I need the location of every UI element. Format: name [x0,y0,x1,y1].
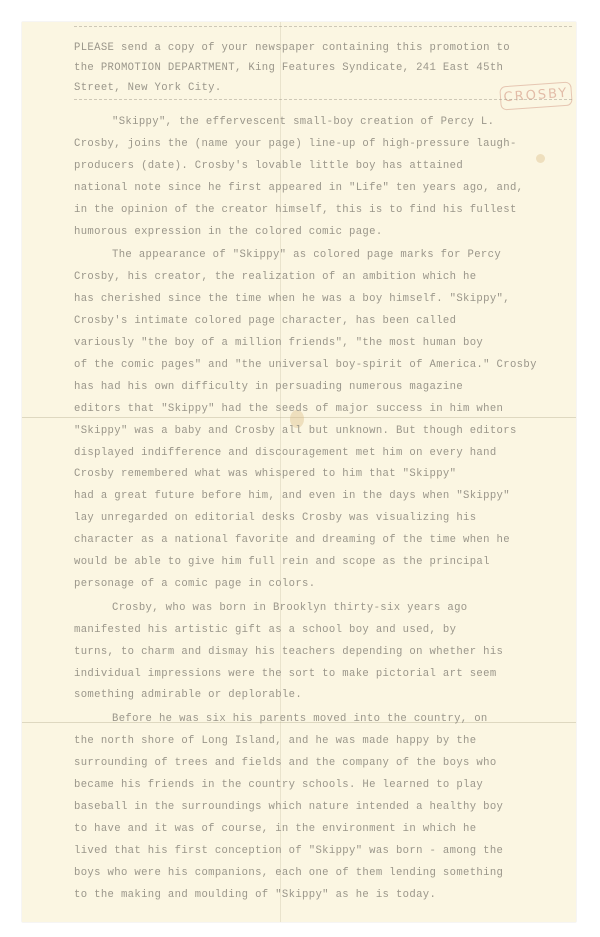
foxing-stain [536,154,545,163]
body-line: baseball in the surroundings which natur… [74,801,503,813]
body-line: lived that his first conception of "Skip… [74,845,503,857]
body-line: became his friends in the country school… [74,779,483,791]
body-line: humorous expression in the colored comic… [74,226,383,238]
body-line: Crosby, his creator, the realization of … [74,271,476,283]
body-line: the north shore of Long Island, and he w… [74,735,476,747]
body-line: manifested his artistic gift as a school… [74,624,456,636]
body-line: in the opinion of the creator himself, t… [74,204,517,216]
body-line: "Skippy" was a baby and Crosby all but u… [74,425,517,437]
body-line: national note since he first appeared in… [74,182,523,194]
body-line: Before he was six his parents moved into… [74,713,488,725]
document-page: CROSBY PLEASE send a copy of your newspa… [22,22,576,922]
body-line: lay unregarded on editorial desks Crosby… [74,512,476,524]
body-line: would be able to give him full rein and … [74,556,490,568]
body-line: has cherished since the time when he was… [74,293,510,305]
body-line: Crosby, joins the (name your page) line-… [74,138,517,150]
body-line: producers (date). Crosby's lovable littl… [74,160,463,172]
body-line: editors that "Skippy" had the seeds of m… [74,403,503,415]
body-line: displayed indifference and discouragemen… [74,447,497,459]
header-line: PLEASE send a copy of your newspaper con… [74,42,510,54]
crosby-stamp: CROSBY [499,82,572,111]
divider-top [74,26,572,27]
body-line: Crosby, who was born in Brooklyn thirty-… [74,602,468,614]
body-line: to have and it was of course, in the env… [74,823,476,835]
body-line: of the comic pages" and "the universal b… [74,359,537,371]
body-line: had a great future before him, and even … [74,490,510,502]
body-line: has had his own difficulty in persuading… [74,381,463,393]
body-line: surrounding of trees and fields and the … [74,757,497,769]
body-line: boys who were his companions, each one o… [74,867,503,879]
header-line: the PROMOTION DEPARTMENT, King Features … [74,62,503,74]
divider [74,99,572,100]
body-line: personage of a comic page in colors. [74,578,315,590]
body-line: Crosby's intimate colored page character… [74,315,456,327]
body-line: "Skippy", the effervescent small-boy cre… [74,116,494,128]
body-line: character as a national favorite and dre… [74,534,510,546]
body-line: individual impressions were the sort to … [74,668,497,680]
body-line: to the making and moulding of "Skippy" a… [74,889,436,901]
body-line: something admirable or deplorable. [74,689,302,701]
body-line: The appearance of "Skippy" as colored pa… [74,249,501,261]
body-line: variously "the boy of a million friends"… [74,337,483,349]
body-line: Crosby remembered what was whispered to … [74,468,456,480]
header-line: Street, New York City. [74,82,222,94]
body-line: turns, to charm and dismay his teachers … [74,646,503,658]
